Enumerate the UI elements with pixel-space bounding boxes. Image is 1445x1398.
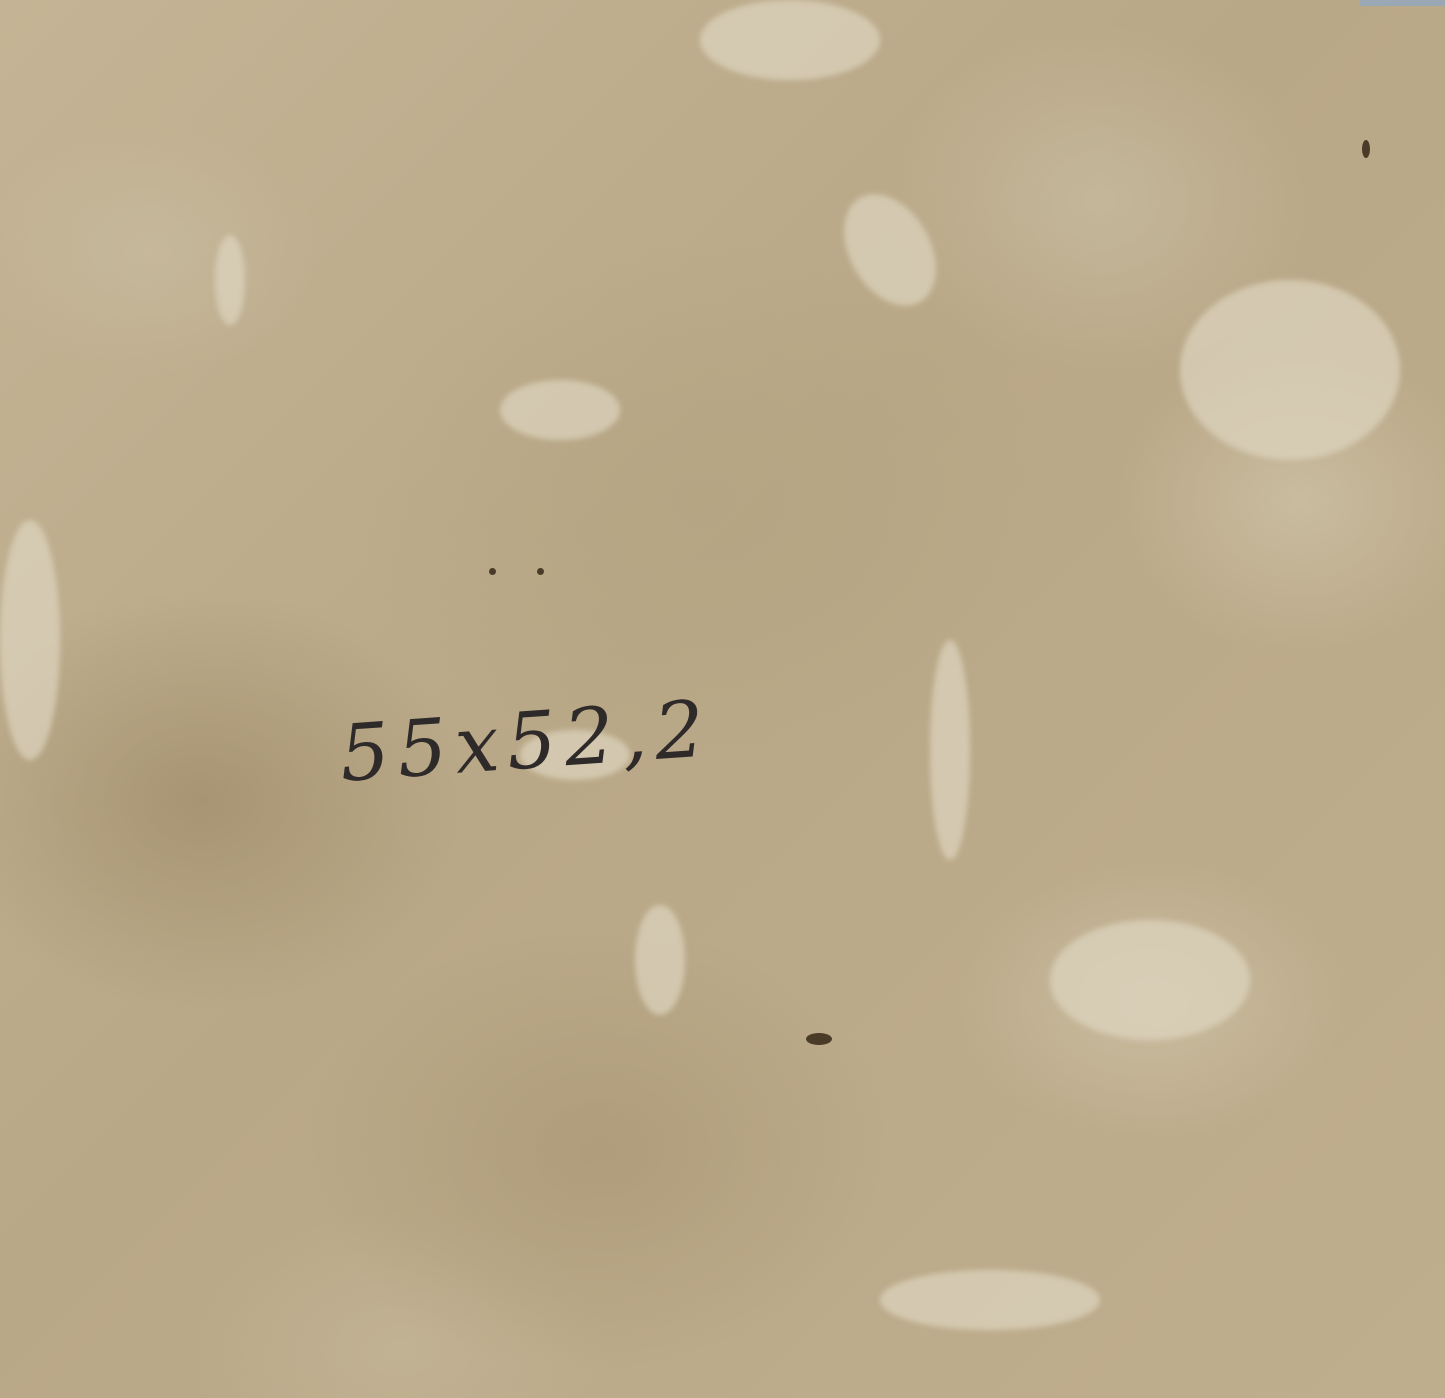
- top-edge-strip: [1360, 0, 1445, 6]
- light-patch: [215, 235, 245, 325]
- light-patch: [1180, 280, 1400, 460]
- handwritten-dimensions: 55x52,2: [336, 672, 743, 810]
- light-patch: [930, 640, 970, 860]
- light-patch: [0, 520, 60, 760]
- light-patch: [500, 380, 620, 440]
- board-back-surface: 55x52,2: [0, 0, 1445, 1398]
- stain-mark: [806, 1033, 832, 1045]
- dot-mark: [489, 568, 496, 575]
- light-patch: [635, 905, 685, 1015]
- light-patch: [1050, 920, 1250, 1040]
- light-patch: [825, 178, 954, 322]
- light-patch: [700, 0, 880, 80]
- stain-mark: [1362, 140, 1370, 158]
- dot-mark: [537, 568, 544, 575]
- light-patch: [880, 1270, 1100, 1330]
